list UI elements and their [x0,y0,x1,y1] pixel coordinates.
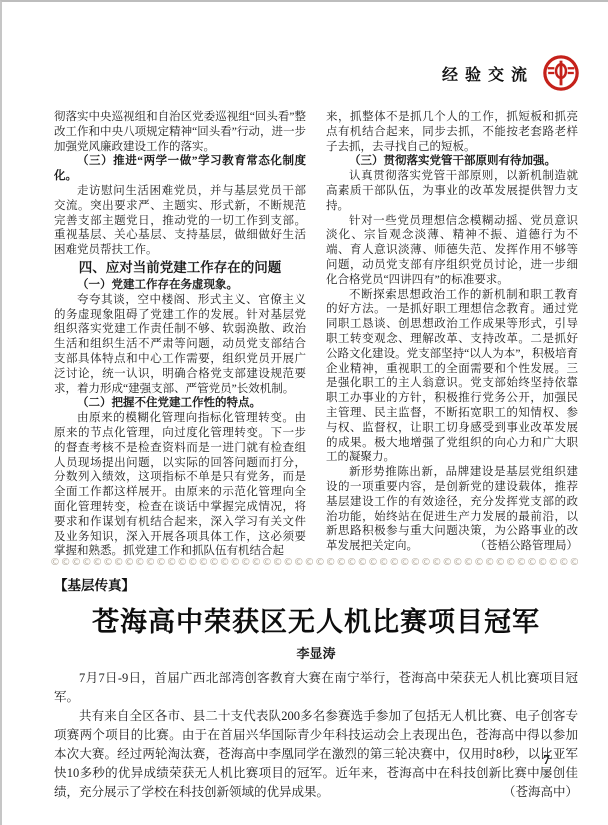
page-number: 7 [543,752,550,768]
right-column: 来，抓整体不是抓几个人的工作，抓短板和抓亮点有机结合起来，同步去抓，不能按老套路… [326,110,578,556]
paragraph: 针对一些党员理想信念模糊动摇、党员意识淡化、宗旨观念淡薄、精神不振、道德行为不端… [326,214,578,288]
paragraph: 共有来自全区各市、县二十支代表队200多名参赛选手参加了包括无人机比赛、电子创客… [54,707,578,802]
paragraph: 7月7日-9日，首届广西北部湾创客教育大赛在南宁举行，苍海高中荣获无人机比赛项目… [54,669,578,707]
sub-heading: （三）贯彻落实党管干部原则有待加强。 [326,154,578,169]
article-title: 苍海高中荣获区无人机比赛项目冠军 [54,600,578,639]
paragraph: 由原来的模糊化管理向指标化管理转变。由原来的节点化管理，向过度化管理转变。下一步… [54,411,306,556]
ornament-divider: ©©©©©©©©©©©©©©©©©©©©©©©©©©©©©©©©©©©©©©©©… [50,557,578,569]
paragraph: 走访慰问生活困难党员，并与基层党员干部交流。突出要求严、主题实、形式新，不断规范… [54,184,306,258]
article-author: 李显涛 [54,643,578,662]
left-column: 彻落实中央巡视组和自治区党委巡视组“回头看”整改工作和中央八项规定精神“回头看”… [54,110,306,556]
section-header-title: 经验交流 [442,62,534,85]
article-section-tag: 【基层传真】 [54,574,578,594]
bottom-article: 【基层传真】 苍海高中荣获区无人机比赛项目冠军 李显涛 7月7日-9日，首届广西… [54,574,578,802]
trade-union-emblem-icon [542,54,580,92]
paragraph: 不断探索思想政治工作的新机制和职工教育的好方法。一是抓好职工理想信念教育。通过党… [326,288,578,466]
sub-heading: （一）党建工作存在务虚现象。 [54,278,306,293]
sub-heading: （二）把握不住党建工作性的特点。 [54,396,306,411]
paragraph: 夸夸其谈，空中楼阁、形式主义、官僚主义的务虚现象阻碍了党建工作的发展。针对基层党… [54,293,306,397]
page-header: 经验交流 [442,54,580,92]
two-column-body: 彻落实中央巡视组和自治区党委巡视组“回头看”整改工作和中央八项规定精神“回头看”… [54,110,578,556]
paragraph: 彻落实中央巡视组和自治区党委巡视组“回头看”整改工作和中央八项规定精神“回头看”… [54,110,306,154]
section-heading: 四、应对当前党建工作存在的问题 [54,259,306,277]
attribution: （苍海高中） [478,783,578,802]
magazine-page: 经验交流 彻落实中央巡视组和自治区党委巡视组“回头看”整改工作和中央八项规定精神… [0,0,608,825]
paragraph: 来，抓整体不是抓几个人的工作，抓短板和抓亮点有机结合起来，同步去抓，不能按老套路… [326,110,578,154]
attribution: （苍梧公路管理局） [452,539,579,554]
paragraph: 认真贯彻落实党管干部原则，以新机制造就高素质干部队伍，为事业的改革发展提供智力支… [326,169,578,213]
article-body: 7月7日-9日，首届广西北部湾创客教育大赛在南宁举行，苍海高中荣获无人机比赛项目… [54,669,578,802]
sub-heading: （三）推进“两学一做”学习教育常态化制度化。 [54,154,306,184]
paragraph: 新形势推陈出新，品牌建设是基层党组织建设的一项重要内容，是创新党的建设载体，推荐… [326,465,578,554]
